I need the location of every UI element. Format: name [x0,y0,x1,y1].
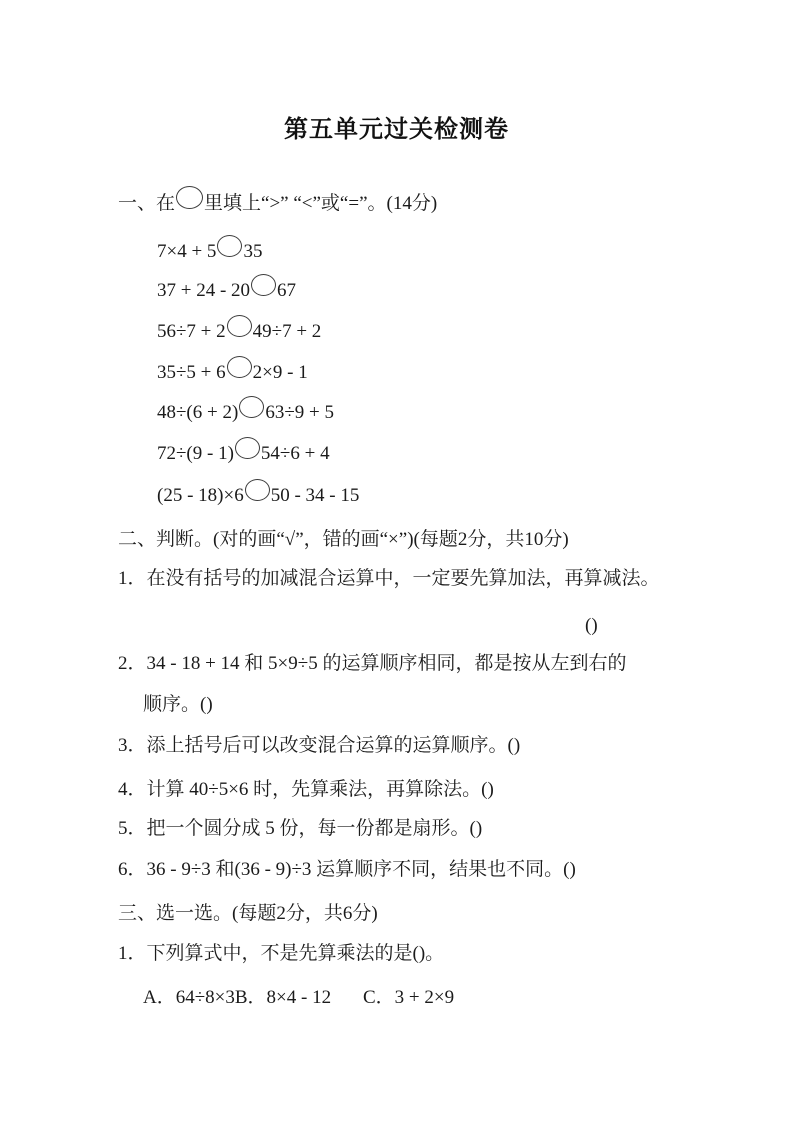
expression-left: 35÷5 + 6 [157,362,226,383]
comparison-row-2: 37 + 24 - 2067 [157,278,296,304]
item-number: 6． [118,859,147,880]
item-number: 1． [118,568,147,589]
judge-item-1: 1．在没有括号的加减混合运算中，一定要先算加法，再算减法。 [118,566,660,592]
choice-question-1: 1．下列算式中，不是先算乘法的是()。 [118,941,444,967]
expression-left: (25 - 18)×6 [157,485,244,506]
item-number: 1． [118,943,147,964]
item-text: 添上括号后可以改变混合运算的运算顺序。() [147,735,521,756]
judge-item-6: 6．36 - 9÷3 和(36 - 9)÷3 运算顺序不同，结果也不同。() [118,857,576,883]
answer-circle-icon [227,315,252,337]
expression-right: 49÷7 + 2 [253,321,322,342]
item-text: 下列算式中，不是先算乘法的是()。 [147,943,445,964]
comparison-row-4: 35÷5 + 62×9 - 1 [157,360,308,386]
judge-item-2: 2．34 - 18 + 14 和 5×9÷5 的运算顺序相同，都是按从左到右的 [118,651,626,677]
expression-left: 72÷(9 - 1) [157,443,234,464]
item-text: 36 - 9÷3 和(36 - 9)÷3 运算顺序不同，结果也不同。() [147,859,576,880]
section1-heading-prefix: 一、在 [118,193,175,214]
expression-right: 50 - 34 - 15 [271,485,360,506]
choice-option-c: C．3 + 2×9 [363,985,454,1011]
comparison-row-1: 7×4 + 535 [157,239,262,265]
answer-blank: () [585,613,598,639]
answer-circle-icon [217,235,242,257]
item-number: 5． [118,818,147,839]
item-number: 4． [118,779,147,800]
expression-right: 54÷6 + 4 [261,443,330,464]
answer-circle-icon [245,479,270,501]
section1-heading: 一、在里填上“>” “<”或“=”。(14分) [118,191,437,217]
item-text: 计算 40÷5×6 时，先算乘法，再算除法。() [147,779,494,800]
test-paper-page: 第五单元过关检测卷 一、在里填上“>” “<”或“=”。(14分) 7×4 + … [0,0,793,1122]
judge-item-4: 4．计算 40÷5×6 时，先算乘法，再算除法。() [118,777,494,803]
choice-options-a-b: A．64÷8×3B．8×4 - 12 [143,985,331,1011]
item-text: 把一个圆分成 5 份，每一份都是扇形。() [147,818,483,839]
answer-circle-icon [227,356,252,378]
expression-left: 7×4 + 5 [157,241,216,262]
comparison-row-6: 72÷(9 - 1)54÷6 + 4 [157,441,330,467]
expression-right: 63÷9 + 5 [265,402,334,423]
answer-circle-icon [235,437,260,459]
answer-circle-icon [251,274,276,296]
section3-heading: 三、选一选。(每题2分，共6分) [118,901,378,927]
expression-left: 37 + 24 - 20 [157,280,250,301]
expression-right: 2×9 - 1 [253,362,308,383]
expression-right: 67 [277,280,296,301]
section1-heading-suffix: 里填上“>” “<”或“=”。(14分) [204,193,437,214]
answer-circle-icon [176,186,203,209]
item-number: 3． [118,735,147,756]
page-title: 第五单元过关检测卷 [0,109,793,144]
answer-circle-icon [239,396,264,418]
item-text: 34 - 18 + 14 和 5×9÷5 的运算顺序相同，都是按从左到右的 [147,653,627,674]
judge-item-2-line2: 顺序。() [143,692,213,718]
expression-left: 56÷7 + 2 [157,321,226,342]
comparison-row-7: (25 - 18)×650 - 34 - 15 [157,483,359,509]
section2-heading: 二、判断。(对的画“√”，错的画“×”)(每题2分，共10分) [118,527,569,553]
item-number: 2． [118,653,147,674]
judge-item-3: 3．添上括号后可以改变混合运算的运算顺序。() [118,733,520,759]
comparison-row-5: 48÷(6 + 2)63÷9 + 5 [157,400,334,426]
expression-left: 48÷(6 + 2) [157,402,238,423]
expression-right: 35 [243,241,262,262]
item-text: 在没有括号的加减混合运算中，一定要先算加法，再算减法。 [147,568,660,589]
comparison-row-3: 56÷7 + 249÷7 + 2 [157,319,321,345]
judge-item-5: 5．把一个圆分成 5 份，每一份都是扇形。() [118,816,482,842]
